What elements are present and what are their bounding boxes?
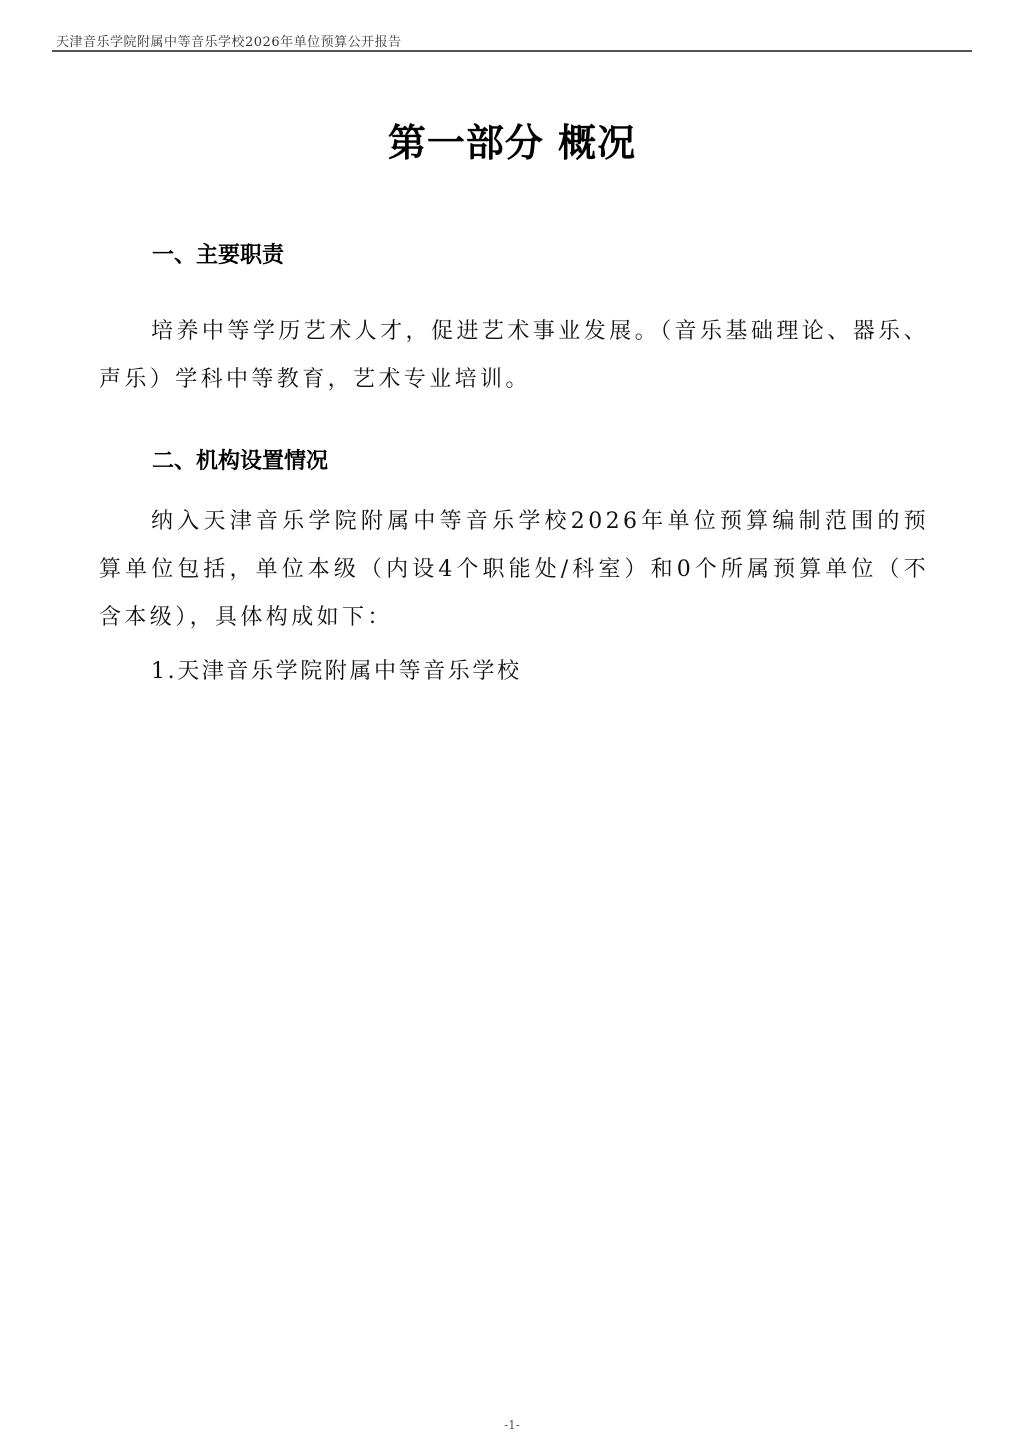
responsibilities-paragraph: 培养中等学历艺术人才，促进艺术事业发展。（音乐基础理论、器乐、声乐）学科中等教育… <box>99 308 929 404</box>
header-divider <box>52 50 972 52</box>
page-title: 第一部分 概况 <box>0 112 1024 167</box>
running-header: 天津音乐学院附属中等音乐学校2026年单位预算公开报告 <box>56 31 402 50</box>
page-number: -1- <box>0 1418 1024 1432</box>
section-heading-responsibilities: 一、主要职责 <box>152 238 284 269</box>
organization-paragraph: 纳入天津音乐学院附属中等音乐学校2026年单位预算编制范围的预算单位包括，单位本… <box>99 498 929 642</box>
list-item: 1.天津音乐学院附属中等音乐学校 <box>151 654 522 685</box>
section-heading-organization: 二、机构设置情况 <box>152 444 328 475</box>
